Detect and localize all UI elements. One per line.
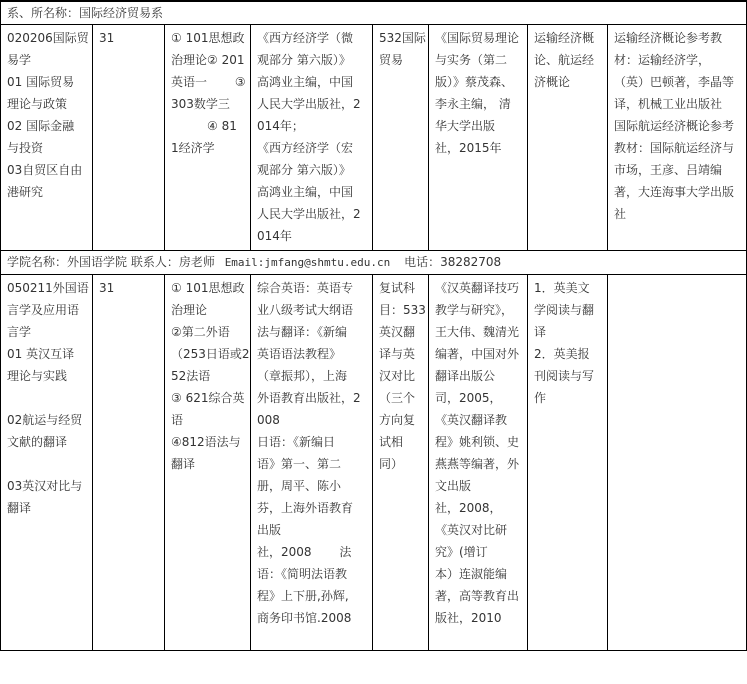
cell-text-line: 观部分 第六版）》: [257, 49, 366, 71]
contact-email: Email:jmfang@shmtu.edu.cn: [225, 256, 391, 269]
cell-text-line: 语：《简明法语教: [257, 563, 366, 585]
cell-text-line: 试相: [379, 431, 422, 453]
cell-text-line: 学阅读与翻: [534, 299, 601, 321]
cell-text-line: 教材：国际航运经济与: [614, 137, 740, 159]
major-cell: 020206国际贸易学01 国际贸易理论与政策02 国际金融与投资03自贸区自由…: [1, 25, 93, 251]
cell-text-line: 论、航运经: [534, 49, 601, 71]
cell-text-line: 高鸿业主编，中国: [257, 71, 366, 93]
references-cell: 综合英语：英语专业八级考试大纲语法与翻译：《新编英语语法教程》（章振邦），上海外…: [251, 275, 373, 651]
cell-text-line: 商务印书馆.2008: [257, 607, 366, 629]
cell-text-line: 050211外国语: [7, 277, 86, 299]
cell-text-line: 华大学出版: [435, 115, 521, 137]
cell-text-line: 52法语: [171, 365, 244, 387]
section-header-row: 学院名称：外国语学院 联系人：房老师 Email:jmfang@shmtu.ed…: [1, 251, 747, 275]
phone-number: 38282708: [440, 255, 501, 269]
cell-text-line: 翻译: [171, 453, 244, 475]
cell-text-line: 方向复: [379, 409, 422, 431]
cell-text-line: 2．英美报: [534, 343, 601, 365]
quota-cell: 31: [93, 25, 165, 251]
cell-text-line: 《汉英翻译技巧: [435, 277, 521, 299]
cell-text-line: 同）: [379, 453, 422, 475]
cell-text-line: 国际航运经济概论参考: [614, 115, 740, 137]
cell-text-line: 运输经济概: [534, 27, 601, 49]
cell-text-line: 刊阅读与写: [534, 365, 601, 387]
cell-text-line: 言学及应用语: [7, 299, 86, 321]
cell-text-line: [7, 387, 86, 409]
equal-ability-references-cell: [608, 275, 747, 651]
cell-text-line: （英）巴顿著，李晶等: [614, 71, 740, 93]
cell-text-line: 社，2015年: [435, 137, 521, 159]
cell-text-line: （253日语或2: [171, 343, 244, 365]
cell-text-line: 编著，中国对外: [435, 343, 521, 365]
cell-text-line: ① 101思想政: [171, 27, 244, 49]
retest-references-cell: 《国际贸易理论与实务（第二版）》蔡茂森、李永主编， 清华大学出版社，2015年: [429, 25, 528, 251]
cell-text-line: 英语语法教程》: [257, 343, 366, 365]
equal-ability-subjects-cell: 运输经济概论、航运经济概论: [528, 25, 608, 251]
cell-text-line: 高鸿业主编，中国: [257, 181, 366, 203]
retest-subject-cell: 复试科目：533英汉翻译与英汉对比（三个方向复试相同）: [373, 275, 429, 651]
cell-text-line: ③ 621综合英: [171, 387, 244, 409]
cell-text-line: 作: [534, 387, 601, 409]
cell-text-line: 532国际: [379, 27, 422, 49]
cell-text-line: 01 英汉互译: [7, 343, 86, 365]
cell-text-line: 版社，2010: [435, 607, 521, 629]
cell-text-line: 008: [257, 409, 366, 431]
cell-text-line: 《国际贸易理论: [435, 27, 521, 49]
cell-text-line: 言学: [7, 321, 86, 343]
cell-text-line: 《英汉对比研: [435, 519, 521, 541]
cell-text-line: 贸易: [379, 49, 422, 71]
college-contact-info: 学院名称：外国语学院 联系人：房老师 Email:jmfang@shmtu.ed…: [1, 251, 747, 275]
retest-subject-cell: 532国际贸易: [373, 25, 429, 251]
cell-text-line: 汉对比: [379, 365, 422, 387]
cell-text-line: 014年；: [257, 115, 366, 137]
quota-cell: 31: [93, 275, 165, 651]
cell-text-line: 市场，王彦、吕靖编: [614, 159, 740, 181]
phone-label: 电话：: [404, 255, 440, 269]
cell-text-line: 与实务（第二: [435, 49, 521, 71]
cell-text-line: 社，2008 法: [257, 541, 366, 563]
major-cell: 050211外国语言学及应用语言学01 英汉互译理论与实践02航运与经贸文献的翻…: [1, 275, 93, 651]
cell-text-line: 英汉翻: [379, 321, 422, 343]
cell-text-line: 03自贸区自由: [7, 159, 86, 181]
cell-text-line: 1．英美文: [534, 277, 601, 299]
cell-text-line: 译与英: [379, 343, 422, 365]
cell-text-line: 王大伟、魏清光: [435, 321, 521, 343]
cell-text-line: 本）连淑能编: [435, 563, 521, 585]
cell-text-line: 著，高等教育出: [435, 585, 521, 607]
exam-subjects-cell: ① 101思想政治理论② 201英语一 ③303数学三 ④ 811经济学: [165, 25, 251, 251]
table-row: 050211外国语言学及应用语言学01 英汉互译理论与实践02航运与经贸文献的翻…: [1, 275, 747, 651]
contact-person: 联系人：房老师: [131, 255, 215, 269]
cell-text-line: 运输经济概论参考教: [614, 27, 740, 49]
equal-ability-subjects-cell: 1．英美文学阅读与翻译2．英美报刊阅读与写作: [528, 275, 608, 651]
cell-text-line: 020206国际贸: [7, 27, 86, 49]
cell-text-line: 人民大学出版社，2: [257, 93, 366, 115]
cell-text-line: 《西方经济学（微: [257, 27, 366, 49]
cell-text-line: 册，周平、陈小: [257, 475, 366, 497]
cell-text-line: 02 国际金融: [7, 115, 86, 137]
cell-text-line: 理论与实践: [7, 365, 86, 387]
cell-text-line: （三个: [379, 387, 422, 409]
department-name: 系、所名称：国际经济贸易系: [1, 2, 747, 25]
cell-text-line: 教学与研究》，: [435, 299, 521, 321]
cell-text-line: 法与翻译：《新编: [257, 321, 366, 343]
cell-text-line: 02航运与经贸: [7, 409, 86, 431]
cell-text-line: 综合英语：英语专: [257, 277, 366, 299]
cell-text-line: 翻译出版公: [435, 365, 521, 387]
cell-text-line: 人民大学出版社，2: [257, 203, 366, 225]
cell-text-line: 司，2005，: [435, 387, 521, 409]
cell-text-line: 版）》蔡茂森、: [435, 71, 521, 93]
cell-text-line: 程》上下册,孙辉,: [257, 585, 366, 607]
cell-text-line: 目：533: [379, 299, 422, 321]
cell-text-line: 03英汉对比与: [7, 475, 86, 497]
equal-ability-references-cell: 运输经济概论参考教材：运输经济学，（英）巴顿著，李晶等译，机械工业出版社国际航运…: [608, 25, 747, 251]
cell-text-line: 社: [614, 203, 740, 225]
cell-text-line: 文献的翻译: [7, 431, 86, 453]
cell-text-line: 303数学三: [171, 93, 244, 115]
cell-text-line: 易学: [7, 49, 86, 71]
cell-text-line: 李永主编， 清: [435, 93, 521, 115]
admissions-table: 系、所名称：国际经济贸易系 020206国际贸易学01 国际贸易理论与政策02 …: [0, 1, 747, 651]
references-cell: 《西方经济学（微观部分 第六版）》高鸿业主编，中国人民大学出版社，2014年；《…: [251, 25, 373, 251]
cell-text-line: 《西方经济学（宏: [257, 137, 366, 159]
cell-text-line: 治理论: [171, 299, 244, 321]
cell-text-line: 理论与政策: [7, 93, 86, 115]
cell-text-line: 燕燕等编著，外: [435, 453, 521, 475]
cell-text-line: 观部分 第六版）》: [257, 159, 366, 181]
cell-text-line: 01 国际贸易: [7, 71, 86, 93]
cell-text-line: 究》(增订: [435, 541, 521, 563]
cell-text-line: 外语教育出版社，2: [257, 387, 366, 409]
college-name: 学院名称：外国语学院: [7, 255, 127, 269]
cell-text-line: ②第二外语: [171, 321, 244, 343]
cell-text-line: 日语：《新编日: [257, 431, 366, 453]
cell-text-line: 语》第一、第二: [257, 453, 366, 475]
cell-text-line: 程》姚利锁、史: [435, 431, 521, 453]
cell-text-line: 014年: [257, 225, 366, 247]
cell-text-line: [7, 453, 86, 475]
cell-text-line: 英语一 ③: [171, 71, 244, 93]
cell-text-line: 济概论: [534, 71, 601, 93]
cell-text-line: 1经济学: [171, 137, 244, 159]
cell-text-line: 译: [534, 321, 601, 343]
exam-subjects-cell: ① 101思想政治理论②第二外语（253日语或252法语③ 621综合英语④81…: [165, 275, 251, 651]
cell-text-line: 文出版: [435, 475, 521, 497]
table-row: 020206国际贸易学01 国际贸易理论与政策02 国际金融与投资03自贸区自由…: [1, 25, 747, 251]
cell-text-line: 港研究: [7, 181, 86, 203]
cell-text-line: ① 101思想政: [171, 277, 244, 299]
cell-text-line: 翻译: [7, 497, 86, 519]
cell-text-line: ④812语法与: [171, 431, 244, 453]
cell-text-line: 与投资: [7, 137, 86, 159]
cell-text-line: 业八级考试大纲语: [257, 299, 366, 321]
cell-text-line: （章振邦），上海: [257, 365, 366, 387]
cell-text-line: 治理论② 201: [171, 49, 244, 71]
cell-text-line: 材：运输经济学，: [614, 49, 740, 71]
cell-text-line: 著，大连海事大学出版: [614, 181, 740, 203]
cell-text-line: 语: [171, 409, 244, 431]
cell-text-line: 译，机械工业出版社: [614, 93, 740, 115]
section-header-row: 系、所名称：国际经济贸易系: [1, 2, 747, 25]
cell-text-line: 芬，上海外语教育: [257, 497, 366, 519]
cell-text-line: 出版: [257, 519, 366, 541]
cell-text-line: 《英汉翻译教: [435, 409, 521, 431]
cell-text-line: 社，2008，: [435, 497, 521, 519]
cell-text-line: ④ 81: [171, 115, 244, 137]
retest-references-cell: 《汉英翻译技巧教学与研究》，王大伟、魏清光编著，中国对外翻译出版公司，2005，…: [429, 275, 528, 651]
cell-text-line: 复试科: [379, 277, 422, 299]
